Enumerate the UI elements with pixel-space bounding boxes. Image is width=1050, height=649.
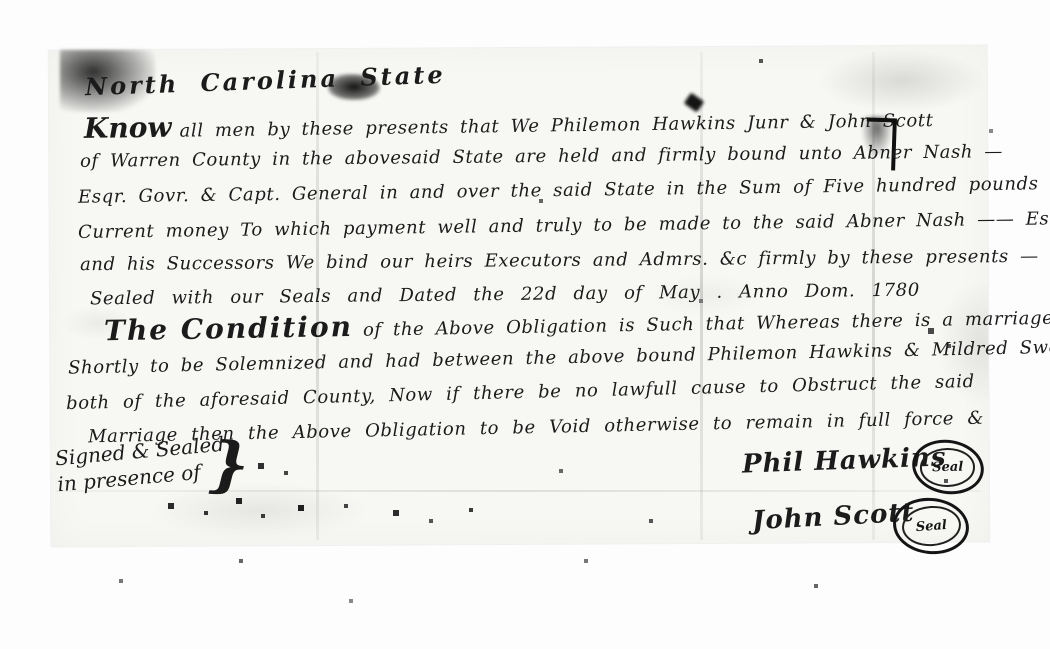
attestation-brace-mark: }	[208, 429, 250, 501]
scanned-document-page: North Carolina State Knowall men by thes…	[0, 0, 1050, 649]
paper-speckles	[0, 0, 2, 2]
seal-inner-scribble: Seal	[900, 504, 961, 548]
seal-label: Seal	[932, 459, 963, 475]
condition-word: The Condition	[104, 310, 353, 347]
seal-label: Seal	[915, 517, 947, 534]
opening-word: Know	[84, 111, 172, 145]
seal-inner-scribble: Seal	[920, 447, 976, 487]
fold-crease-horizontal	[56, 490, 981, 492]
